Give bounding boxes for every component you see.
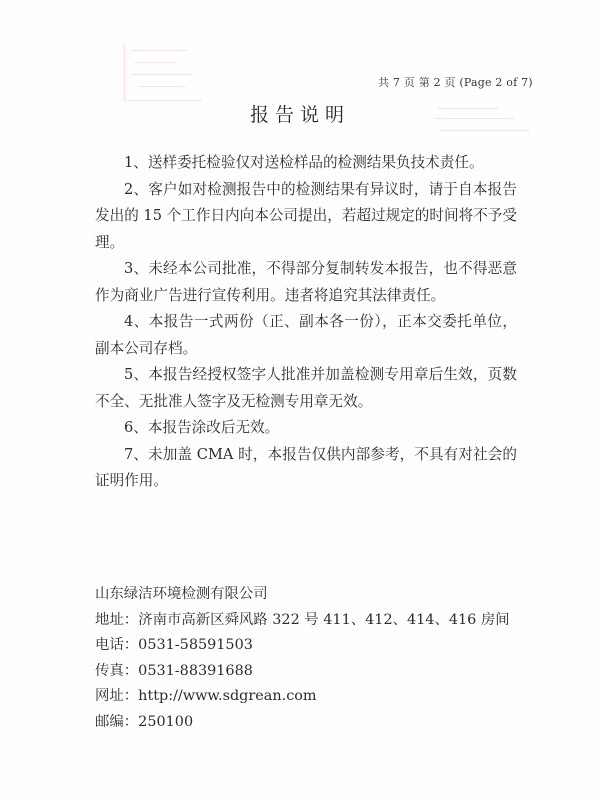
contact-block: 山东绿洁环境检测有限公司 地址：济南市高新区舜风路 322 号 411、412、…: [95, 582, 535, 735]
page-indicator: 共 7 页 第 2 页 (Page 2 of 7): [378, 74, 533, 90]
note-item: 6、本报告涂改后无效。: [95, 415, 517, 442]
faint-stamp-top-left: [124, 44, 201, 101]
company-name: 山东绿洁环境检测有限公司: [95, 582, 535, 608]
company-phone: 电话：0531-58591503: [95, 633, 535, 659]
note-item: 2、客户如对检测报告中的检测结果有异议时，请于自本报告发出的 15 个工作日内向…: [95, 177, 517, 257]
company-fax: 传真：0531-88391688: [95, 659, 535, 685]
note-item: 3、未经本公司批准，不得部分复制转发本报告，也不得恶意作为商业广告进行宣传利用。…: [95, 256, 517, 309]
note-item: 1、送样委托检验仅对送检样品的检测结果负技术责任。: [95, 150, 517, 177]
company-website: 网址：http://www.sdgrean.com: [95, 684, 535, 710]
note-item: 4、本报告一式两份（正、副本各一份），正本交委托单位，副本公司存档。: [95, 309, 517, 362]
note-item: 5、本报告经授权签字人批准并加盖检测专用章后生效，页数不全、无批准人签字及无检测…: [95, 362, 517, 415]
note-item: 7、未加盖 CMA 时，本报告仅供内部参考，不具有对社会的证明作用。: [95, 442, 517, 495]
company-postcode: 邮编：250100: [95, 710, 535, 736]
document-page: 共 7 页 第 2 页 (Page 2 of 7) 报告说明 1、送样委托检验仅…: [0, 0, 600, 800]
page-title: 报告说明: [0, 100, 600, 127]
notes-list: 1、送样委托检验仅对送检样品的检测结果负技术责任。 2、客户如对检测报告中的检测…: [95, 150, 517, 495]
company-address: 地址：济南市高新区舜风路 322 号 411、412、414、416 房间: [95, 608, 535, 634]
